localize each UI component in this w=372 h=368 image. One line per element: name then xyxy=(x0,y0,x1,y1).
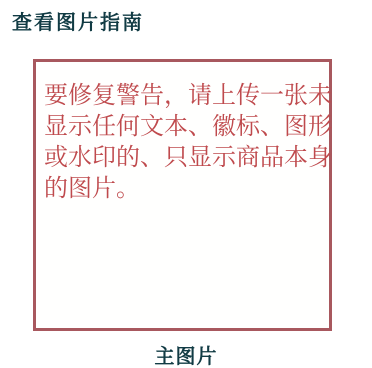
main-image-label: 主图片 xyxy=(0,340,372,368)
warning-text-line-3: 或水印的、只显示商品本身 xyxy=(44,142,332,173)
warning-text-line-2: 显示任何文本、徽标、图形 xyxy=(44,111,332,142)
warning-text-line-1: 要修复警告，请上传一张未 xyxy=(44,80,332,111)
view-image-guidelines-link[interactable]: 查看图片指南 xyxy=(12,6,144,35)
warning-message: 要修复警告，请上传一张未 显示任何文本、徽标、图形 或水印的、只显示商品本身 的… xyxy=(44,80,332,204)
warning-text-line-4: 的图片。 xyxy=(44,173,332,204)
